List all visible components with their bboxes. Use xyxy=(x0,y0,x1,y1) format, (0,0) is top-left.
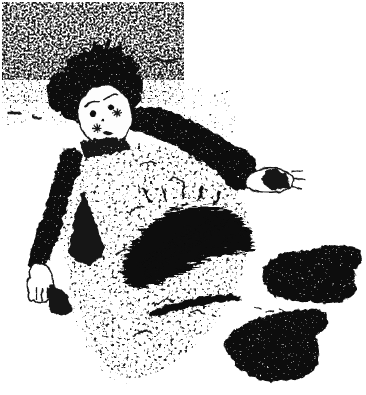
right-eye xyxy=(108,104,114,110)
doll-illustration xyxy=(0,0,366,395)
cheek-rosette-left xyxy=(93,124,102,133)
cheek-rosette-right xyxy=(113,109,122,118)
halftone-doll-print xyxy=(0,0,366,395)
left-hand-shadow-patch xyxy=(47,284,72,315)
left-eye xyxy=(90,111,96,117)
right-hand-finger-ticks xyxy=(292,170,305,189)
upper-boot-speckle xyxy=(263,245,362,304)
lower-boot-speckle xyxy=(224,308,328,382)
nose-dot xyxy=(102,120,104,122)
